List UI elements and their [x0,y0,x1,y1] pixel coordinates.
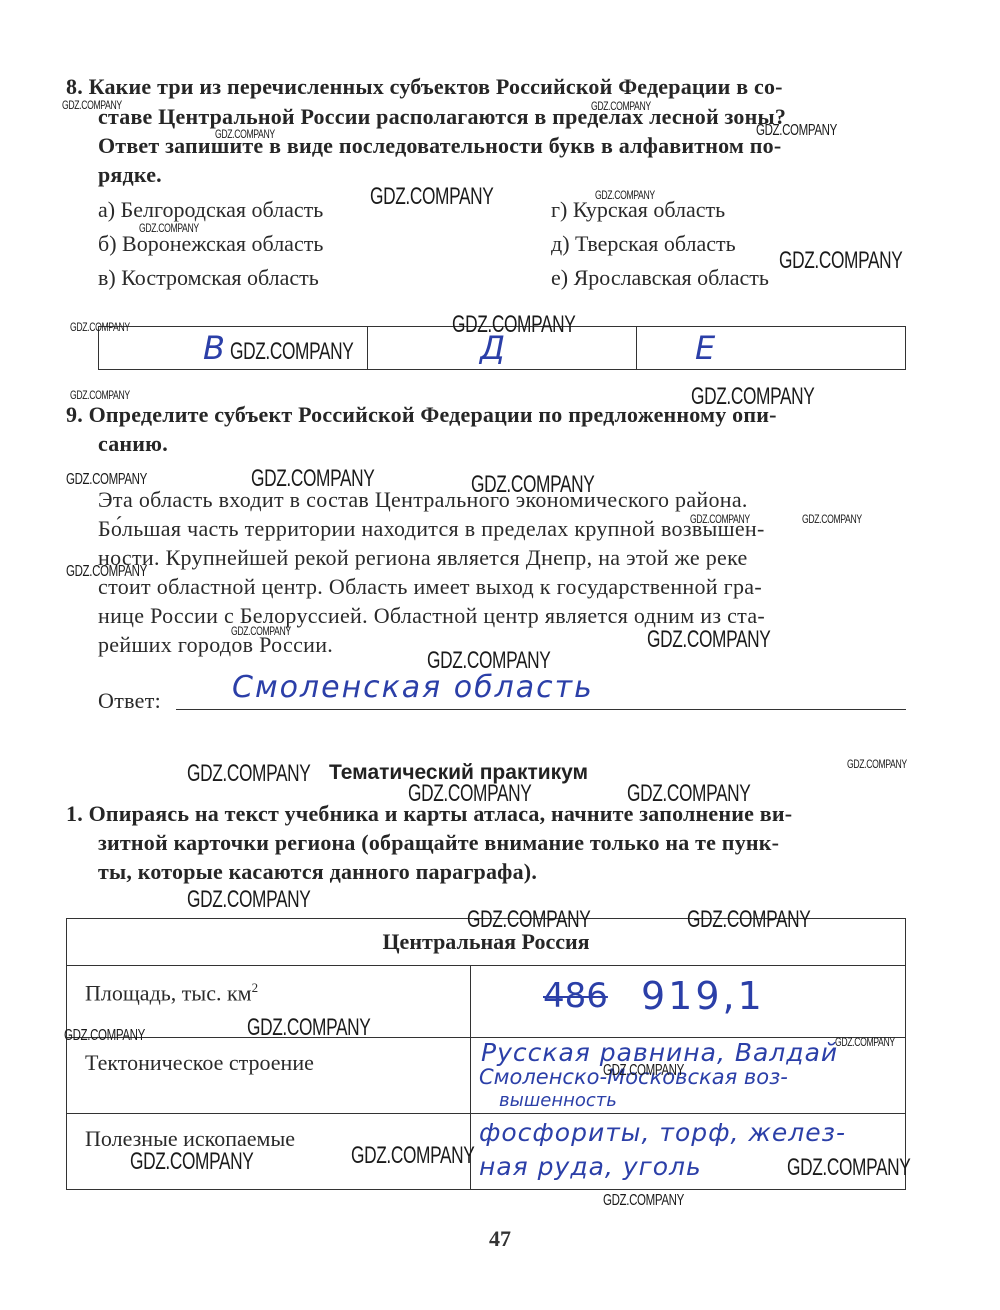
row-label-text: Площадь, тыс. км [85,980,252,1005]
watermark: GDZ.COMPANY [603,1192,684,1210]
watermark: GDZ.COMPANY [130,1148,253,1176]
option-text: Ярославская область [574,265,769,290]
watermark: GDZ.COMPANY [603,1062,684,1080]
option-letter: г) [551,197,567,222]
watermark: GDZ.COMPANY [647,626,770,654]
description-line: Эта область входит в состав Центрального… [98,487,748,513]
superscript: 2 [252,980,259,995]
handwritten-answer: Е [695,329,715,367]
option-b: б) Воронежская область [98,231,323,257]
struck-value: 486 [543,976,608,1016]
option-letter: д) [551,231,570,256]
question-8-text-line: Ответ запишите в виде последовательности… [98,133,781,159]
answer-cell-3[interactable]: Е [637,327,905,369]
handwritten-value: 919,1 [641,974,765,1018]
option-letter: в) [98,265,116,290]
handwritten-answer: В [203,329,225,367]
watermark: GDZ.COMPANY [370,183,493,211]
option-text: Костромская область [121,265,319,290]
watermark: GDZ.COMPANY [70,388,130,402]
option-letter: а) [98,197,115,222]
watermark: GDZ.COMPANY [691,383,814,411]
watermark: GDZ.COMPANY [467,906,590,934]
watermark: GDZ.COMPANY [247,1014,370,1042]
description-line: стоит областной центр. Область имеет вых… [98,574,762,600]
option-text: Тверская область [575,231,736,256]
handwritten-line: фосфориты, торф, желез- [479,1118,846,1147]
watermark: GDZ.COMPANY [471,471,594,499]
answer-field[interactable] [176,709,906,710]
handwritten-line: ная руда, уголь [479,1152,702,1181]
watermark: GDZ.COMPANY [779,247,902,275]
watermark: GDZ.COMPANY [70,320,130,334]
description-line: ности. Крупнейшей рекой региона является… [98,545,748,571]
handwritten-line: вышенность [499,1090,617,1111]
answer-label: Ответ: [98,688,161,714]
watermark: GDZ.COMPANY [427,647,550,675]
watermark: GDZ.COMPANY [591,99,651,113]
question-8-text-line: 8. Какие три из перечисленных субъектов … [66,74,783,100]
question-8-text-line: ставе Центральной России располагаются в… [98,104,786,130]
row-label: Тектоническое строение [85,1050,314,1076]
watermark: GDZ.COMPANY [251,465,374,493]
question-9-text-line: 9. Определите субъект Российской Федерац… [66,402,777,428]
option-v: в) Костромская область [98,265,319,291]
watermark: GDZ.COMPANY [187,760,310,788]
watermark: GDZ.COMPANY [787,1154,910,1182]
watermark: GDZ.COMPANY [802,512,862,526]
option-e: е) Ярославская область [551,265,769,291]
option-text: Белгородская область [121,197,324,222]
task-text-line: ты, которые касаются данного параграфа). [98,859,537,885]
watermark: GDZ.COMPANY [187,886,310,914]
row-label: Площадь, тыс. км2 [85,980,258,1006]
question-8-text-line: рядке. [98,162,162,188]
watermark: GDZ.COMPANY [351,1142,474,1170]
watermark: GDZ.COMPANY [139,221,199,235]
watermark: GDZ.COMPANY [756,122,837,140]
card-row-tectonics: Тектоническое строение Русская равнина, … [67,1037,905,1113]
card-row-area: Площадь, тыс. км2 486 919,1 [67,965,905,1037]
watermark: GDZ.COMPANY [66,471,147,489]
description-line: рейших городов России. [98,632,333,658]
watermark: GDZ.COMPANY [215,127,275,141]
watermark: GDZ.COMPANY [66,563,147,581]
tectonics-value-cell[interactable]: Русская равнина, Валдай Смоленско-Москов… [471,1038,905,1114]
watermark: GDZ.COMPANY [595,188,655,202]
area-value-cell[interactable]: 486 919,1 [471,966,905,1038]
option-a: а) Белгородская область [98,197,323,223]
watermark: GDZ.COMPANY [627,780,750,808]
watermark: GDZ.COMPANY [690,512,750,526]
watermark: GDZ.COMPANY [835,1035,895,1049]
watermark: GDZ.COMPANY [408,780,531,808]
watermark: GDZ.COMPANY [687,906,810,934]
description-line: Бо́льшая часть территории находится в пр… [98,516,765,542]
option-letter: б) [98,231,117,256]
watermark: GDZ.COMPANY [62,98,122,112]
watermark: GDZ.COMPANY [64,1027,145,1045]
page-number: 47 [470,1226,530,1252]
handwritten-answer: Смоленская область [232,670,594,705]
watermark: GDZ.COMPANY [230,338,353,366]
option-d: д) Тверская область [551,231,736,257]
watermark: GDZ.COMPANY [231,624,291,638]
task-text-line: зитной карточки региона (обращайте внима… [98,830,779,856]
watermark: GDZ.COMPANY [847,757,907,771]
option-letter: е) [551,265,568,290]
question-9-text-line: санию. [98,431,168,457]
watermark: GDZ.COMPANY [452,311,575,339]
